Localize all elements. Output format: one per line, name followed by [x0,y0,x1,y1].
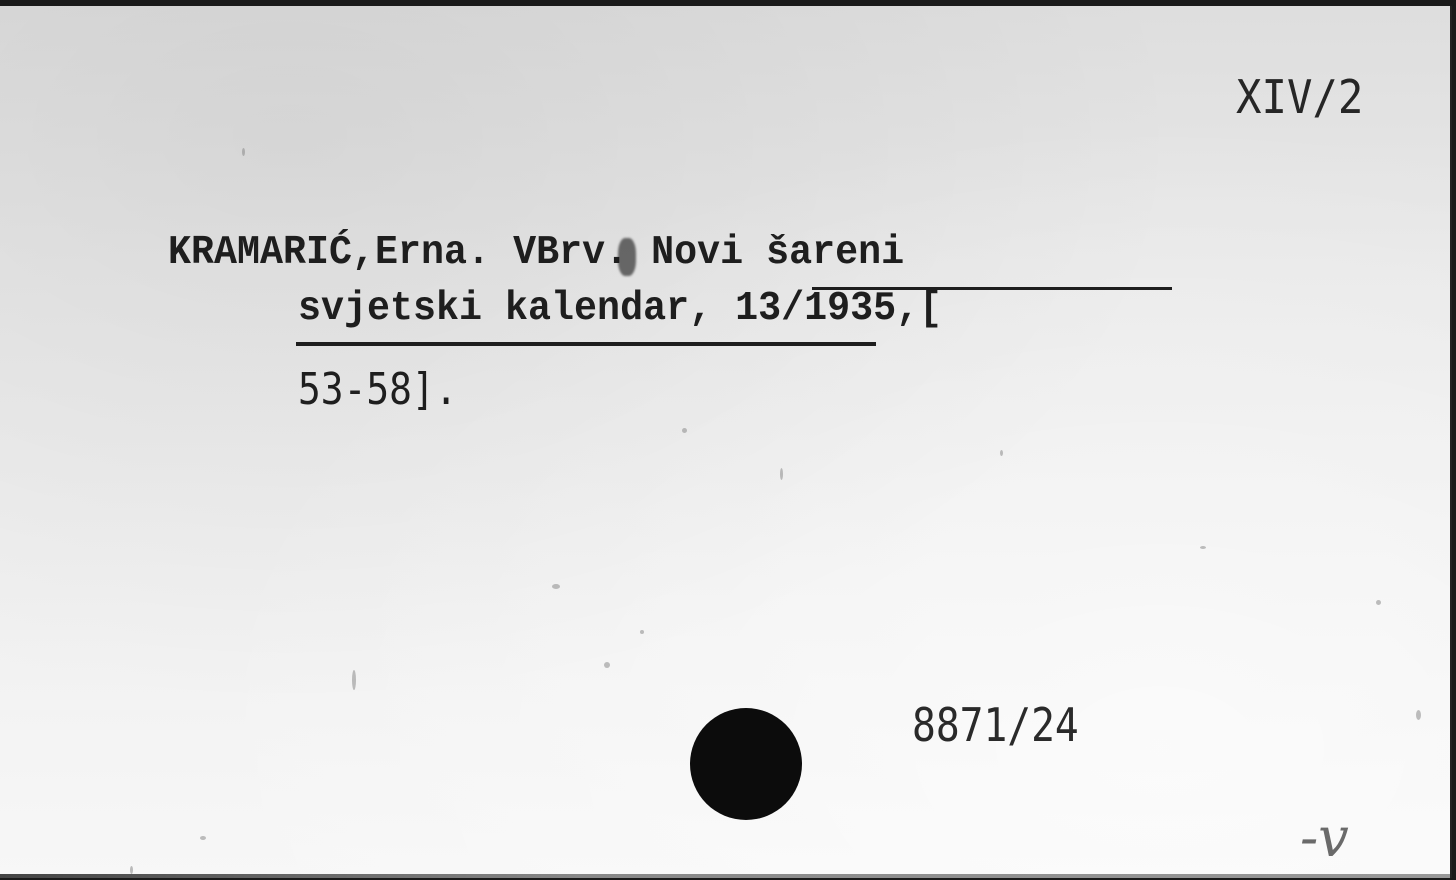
accession-number: 8871/24 [912,698,1079,752]
paper-speck [682,428,687,433]
card-bottom-edge [0,874,1450,878]
paper-speck [130,866,133,874]
punch-hole [690,708,802,820]
paper-speck [1376,600,1381,605]
paper-speck [640,630,644,634]
paper-speck [1200,546,1206,549]
entry-pages-line: 53-58]. [298,364,457,415]
entry-author-line: KRAMARIĆ,Erna. VBrv. Novi šareni [168,230,904,276]
call-number: XIV/2 [1236,70,1363,124]
paper-speck [552,584,560,589]
paper-speck [200,836,206,840]
paper-speck [242,148,245,156]
paper-speck [780,468,783,480]
catalog-card: XIV/2 KRAMARIĆ,Erna. VBrv. Novi šareni s… [0,6,1452,878]
paper-speck [604,662,610,668]
title-underline [296,342,876,346]
handwritten-mark: -v [1300,806,1349,869]
paper-speck [352,670,356,690]
paper-speck [1416,710,1421,720]
paper-speck [1000,450,1003,456]
entry-title-line: svjetski kalendar, 13/1935,[ [298,286,942,332]
